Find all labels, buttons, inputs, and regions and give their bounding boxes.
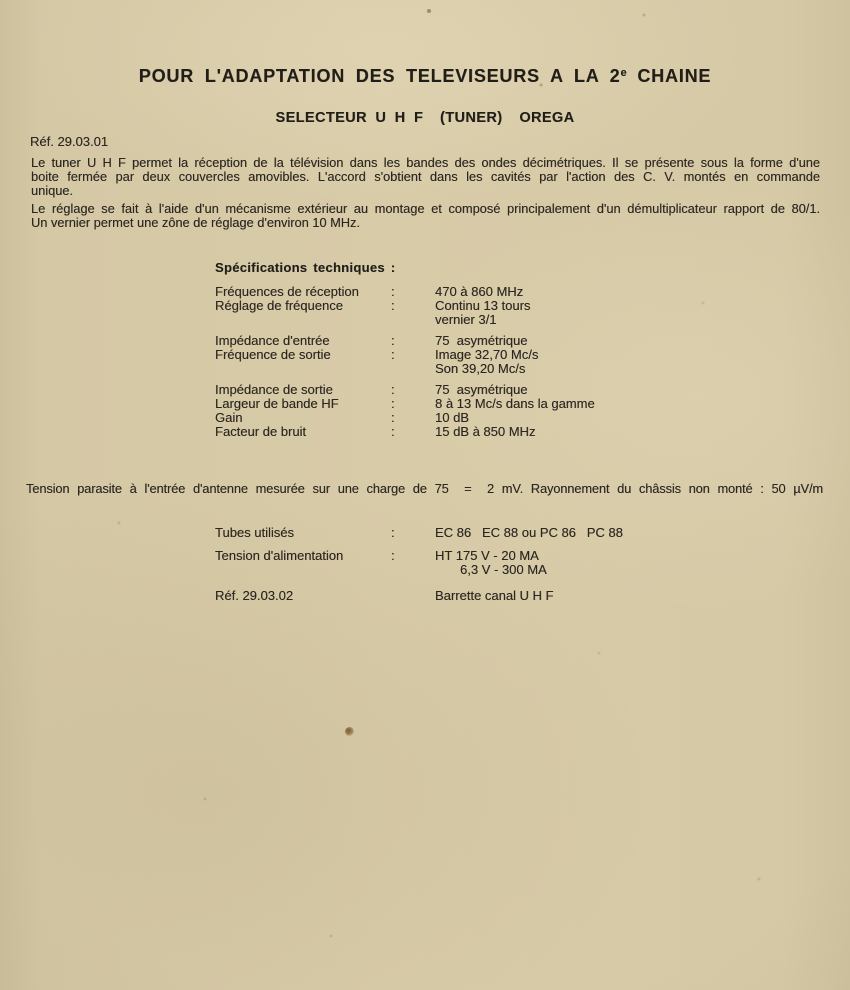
specs-table: Fréquences de réception : 470 à 860 MHz … xyxy=(215,285,815,446)
spec-colon: : xyxy=(391,285,435,299)
tubes-row: Tension d'alimentation : HT 175 V - 20 M… xyxy=(215,549,815,577)
spec-row: Facteur de bruit : 15 dB à 850 MHz xyxy=(215,425,815,439)
paragraph-line: Le tuner U H F permet la réception de la… xyxy=(31,156,820,170)
spec-colon: : xyxy=(391,299,435,327)
paragraph-line: Le réglage se fait à l'aide d'un mécanis… xyxy=(31,202,820,216)
spec-value: Continu 13 tours vernier 3/1 xyxy=(435,299,815,327)
paragraph-line: unique. xyxy=(31,184,820,198)
spec-label: Largeur de bande HF xyxy=(215,397,391,411)
paper-stain xyxy=(345,727,354,736)
spec-row: Fréquences de réception : 470 à 860 MHz xyxy=(215,285,815,299)
intro-paragraph-2: Le réglage se fait à l'aide d'un mécanis… xyxy=(31,202,820,230)
spec-value: 8 à 13 Mc/s dans la gamme xyxy=(435,397,815,411)
spec-row: Impédance d'entrée : 75 asymétrique xyxy=(215,334,815,348)
spec-colon: : xyxy=(391,348,435,376)
spec-colon: : xyxy=(391,411,435,425)
title-suffix: CHAINE xyxy=(627,66,712,86)
paragraph-line: boite fermée par deux couvercles amovibl… xyxy=(31,170,820,184)
spec-row: Largeur de bande HF : 8 à 13 Mc/s dans l… xyxy=(215,397,815,411)
intro-paragraph-1: Le tuner U H F permet la réception de la… xyxy=(31,156,820,198)
spec-colon: : xyxy=(391,334,435,348)
document-title: POUR L'ADAPTATION DES TELEVISEURS A LA 2… xyxy=(0,66,850,87)
tubes-row: Tubes utilisés : EC 86 EC 88 ou PC 86 PC… xyxy=(215,526,815,540)
spec-colon: : xyxy=(391,425,435,439)
spec-label: Impédance d'entrée xyxy=(215,334,391,348)
tubes-table: Tubes utilisés : EC 86 EC 88 ou PC 86 PC… xyxy=(215,526,815,603)
spec-group: Impédance de sortie : 75 asymétrique Lar… xyxy=(215,383,815,439)
spec-value: Barrette canal U H F xyxy=(435,589,815,603)
spec-value: Image 32,70 Mc/s Son 39,20 Mc/s xyxy=(435,348,815,376)
spec-label: Tension d'alimentation xyxy=(215,549,391,577)
spec-value: 15 dB à 850 MHz xyxy=(435,425,815,439)
spec-label: Fréquence de sortie xyxy=(215,348,391,376)
document-subtitle: SELECTEUR U H F (TUNER) OREGA xyxy=(0,110,850,126)
spec-value: EC 86 EC 88 ou PC 86 PC 88 xyxy=(435,526,815,540)
spec-label: Réglage de fréquence xyxy=(215,299,391,327)
spec-label: Fréquences de réception xyxy=(215,285,391,299)
specs-heading: Spécifications techniques : xyxy=(215,260,395,275)
tubes-row: Réf. 29.03.02 Barrette canal U H F xyxy=(215,589,815,603)
scanned-document-page: POUR L'ADAPTATION DES TELEVISEURS A LA 2… xyxy=(0,0,850,990)
spec-value: 75 asymétrique xyxy=(435,383,815,397)
reference-number: Réf. 29.03.01 xyxy=(30,134,108,149)
spec-row: Gain : 10 dB xyxy=(215,411,815,425)
spec-group: Impédance d'entrée : 75 asymétrique Fréq… xyxy=(215,334,815,376)
spec-value: 10 dB xyxy=(435,411,815,425)
spec-row: Impédance de sortie : 75 asymétrique xyxy=(215,383,815,397)
spec-colon: : xyxy=(391,383,435,397)
spec-value: 470 à 860 MHz xyxy=(435,285,815,299)
spec-label: Réf. 29.03.02 xyxy=(215,589,391,603)
spec-label: Impédance de sortie xyxy=(215,383,391,397)
spec-label: Tubes utilisés xyxy=(215,526,391,540)
spec-group: Fréquences de réception : 470 à 860 MHz … xyxy=(215,285,815,327)
spec-label: Facteur de bruit xyxy=(215,425,391,439)
spec-row: Fréquence de sortie : Image 32,70 Mc/s S… xyxy=(215,348,815,376)
spec-label: Gain xyxy=(215,411,391,425)
spec-colon: : xyxy=(391,526,435,540)
spec-value: HT 175 V - 20 MA 6,3 V - 300 MA xyxy=(435,549,815,577)
spec-colon: : xyxy=(391,549,435,577)
paper-specks xyxy=(0,0,2,2)
spec-row: Réglage de fréquence : Continu 13 tours … xyxy=(215,299,815,327)
spec-colon xyxy=(391,589,435,603)
title-text: POUR L'ADAPTATION DES TELEVISEURS A LA 2 xyxy=(139,66,621,86)
paragraph-line: Un vernier permet une zône de réglage d'… xyxy=(31,216,820,230)
parasite-voltage-note: Tension parasite à l'entrée d'antenne me… xyxy=(26,481,823,496)
spec-colon: : xyxy=(391,397,435,411)
spec-value: 75 asymétrique xyxy=(435,334,815,348)
